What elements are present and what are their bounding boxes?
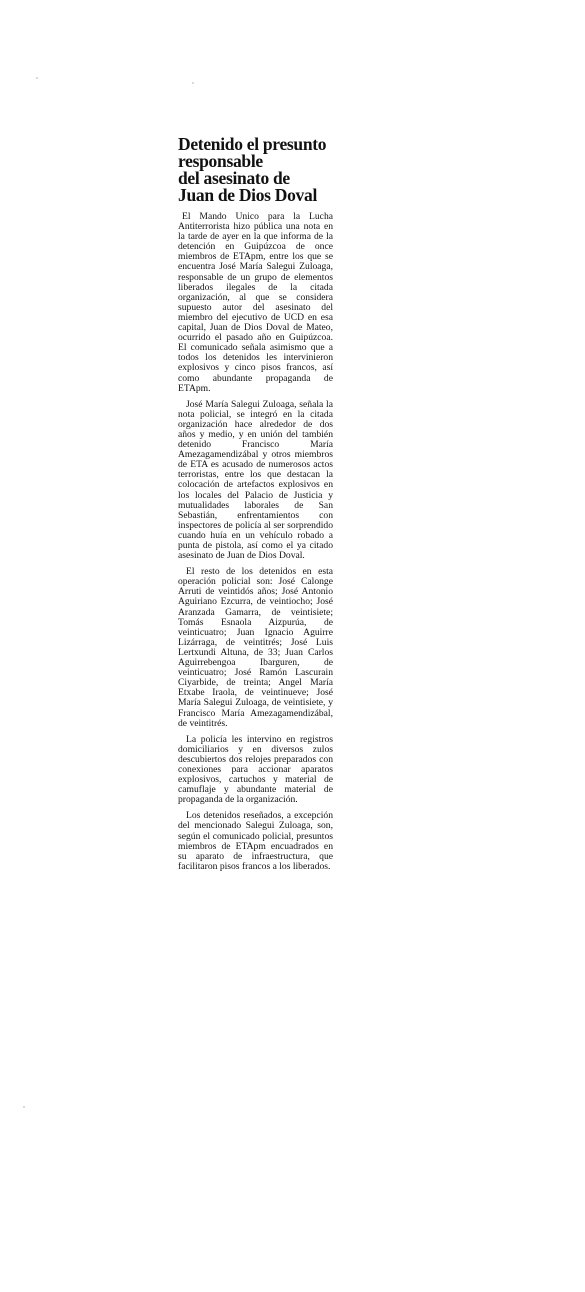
scan-speck: [36, 77, 38, 79]
article-paragraph: Los detenidos reseñados, a excepción del…: [178, 811, 333, 872]
article-paragraph: José María Salegui Zuloaga, señala la no…: [178, 400, 333, 562]
news-article: Detenido el presunto responsable del ase…: [178, 136, 333, 878]
article-paragraph: El Mando Unico para la Lucha Antiterrori…: [178, 212, 333, 394]
scan-speck: [23, 1106, 25, 1108]
headline-line: Juan de Dios Doval: [178, 187, 333, 204]
article-paragraph: El resto de los detenidos en esta operac…: [178, 567, 333, 729]
article-headline: Detenido el presunto responsable del ase…: [178, 136, 333, 204]
scan-speck: [192, 82, 194, 84]
article-body: El Mando Unico para la Lucha Antiterrori…: [178, 212, 333, 872]
article-paragraph: La policía les intervino en registros do…: [178, 735, 333, 806]
